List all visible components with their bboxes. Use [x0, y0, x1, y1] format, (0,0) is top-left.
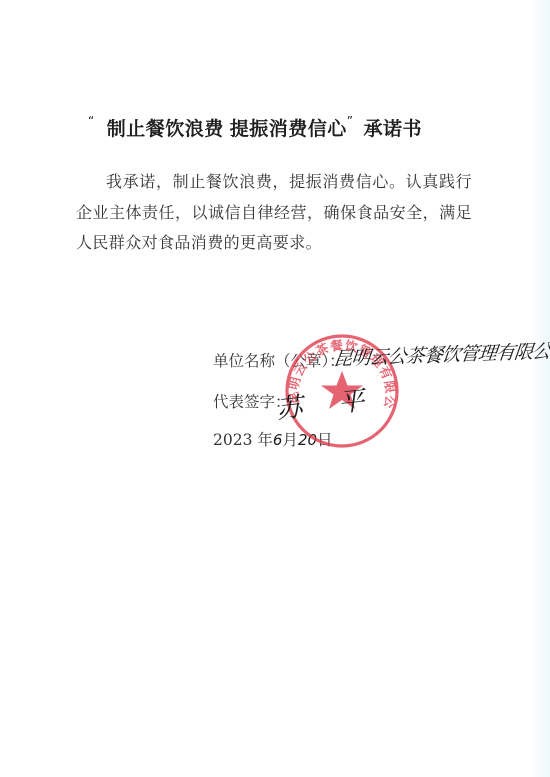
title-part-2: 提振消费信心	[230, 118, 347, 140]
pledge-body: 我承诺，制止餐饮浪费，提振消费信心。认真践行企业主体责任，以诚信自律经营，确保食…	[76, 167, 472, 259]
title-part-3: 承诺书	[363, 118, 422, 140]
title-open-quote: “	[88, 114, 95, 128]
date-month-handwritten: 6	[273, 431, 283, 449]
document-title: “制止餐饮浪费提振消费信心”承诺书	[88, 114, 468, 141]
date-year: 2023 年	[213, 431, 273, 449]
title-part-1: 制止餐饮浪费	[107, 118, 224, 140]
title-close-quote: ”	[347, 114, 354, 128]
scan-edge-tint	[530, 0, 550, 777]
